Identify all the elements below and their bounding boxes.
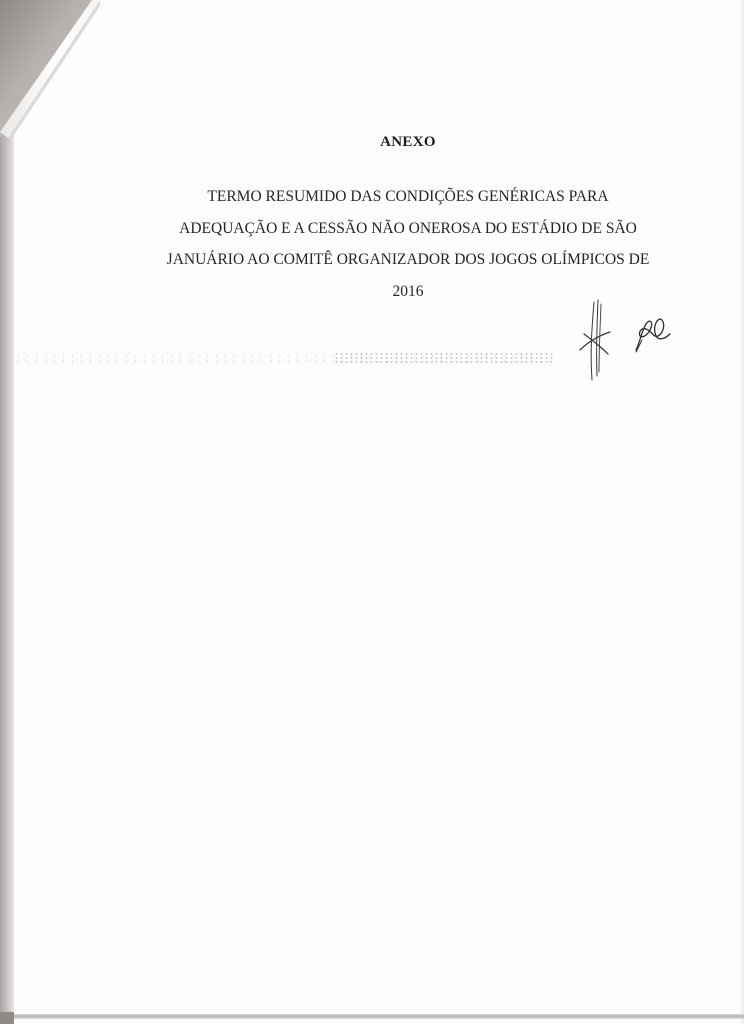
subtitle-line-3: JANUÁRIO AO COMITÊ ORGANIZADOR DOS JOGOS… xyxy=(140,244,676,276)
subtitle-line-2: ADEQUAÇÃO E A CESSÃO NÃO ONEROSA DO ESTÁ… xyxy=(140,213,676,245)
scanner-margin-left xyxy=(0,0,14,1024)
handwritten-initials xyxy=(570,296,690,386)
page-bottom-edge xyxy=(12,1014,744,1019)
scan-noise-line xyxy=(14,352,554,364)
initial-mark-1 xyxy=(580,300,610,380)
scanner-margin-bottom-corner xyxy=(0,1012,14,1024)
page-right-edge xyxy=(740,0,744,1024)
document-heading: ANEXO xyxy=(0,134,744,151)
initial-mark-2 xyxy=(636,319,670,352)
subtitle-line-1: TERMO RESUMIDO DAS CONDIÇÕES GENÉRICAS P… xyxy=(140,181,676,213)
document-subtitle: TERMO RESUMIDO DAS CONDIÇÕES GENÉRICAS P… xyxy=(140,181,676,307)
